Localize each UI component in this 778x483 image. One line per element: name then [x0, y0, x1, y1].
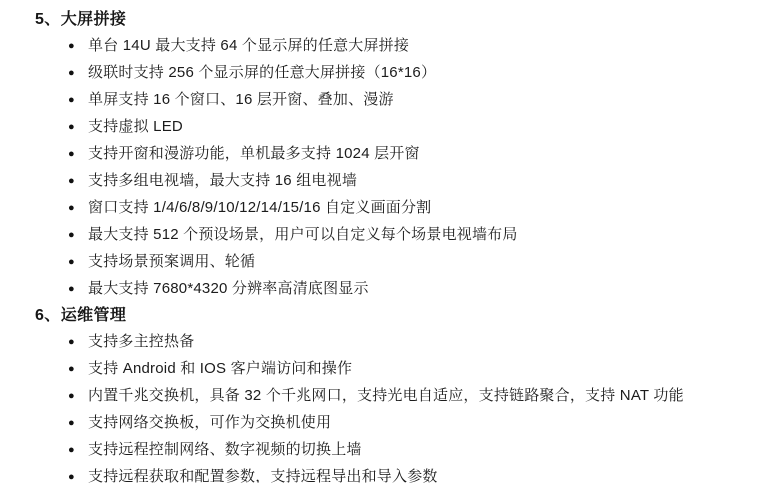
- list-item-text: 内置千兆交换机，具备 32 个千兆网口，支持光电自适应，支持链路聚合，支持 NA…: [88, 383, 684, 409]
- list-item-text: 支持多主控热备: [88, 329, 194, 355]
- section-operations-management: 6、运维管理 ●支持多主控热备 ●支持 Android 和 IOS 客户端访问和…: [0, 303, 778, 483]
- list-item-text: 最大支持 512 个预设场景，用户可以自定义每个场景电视墙布局: [88, 222, 518, 248]
- bullet-icon: ●: [68, 437, 88, 463]
- list-item: ●内置千兆交换机，具备 32 个千兆网口，支持光电自适应，支持链路聚合，支持 N…: [0, 383, 778, 410]
- list-item-text: 支持开窗和漫游功能，单机最多支持 1024 层开窗: [88, 141, 420, 167]
- section-number: 6、: [35, 307, 61, 324]
- bullet-icon: ●: [68, 464, 88, 483]
- list-item-text: 最大支持 7680*4320 分辨率高清底图显示: [88, 276, 369, 302]
- bullet-icon: ●: [68, 356, 88, 382]
- section-heading: 5、大屏拼接: [0, 7, 778, 33]
- spec-document: 5、大屏拼接 ●单台 14U 最大支持 64 个显示屏的任意大屏拼接 ●级联时支…: [0, 0, 778, 483]
- section-title: 运维管理: [61, 307, 127, 324]
- list-item-text: 支持 Android 和 IOS 客户端访问和操作: [88, 356, 352, 382]
- list-item: ●支持场景预案调用、轮循: [0, 249, 778, 276]
- list-item-text: 级联时支持 256 个显示屏的任意大屏拼接（16*16）: [88, 60, 436, 86]
- list-item: ●支持远程获取和配置参数，支持远程导出和导入参数: [0, 464, 778, 483]
- list-item: ●单台 14U 最大支持 64 个显示屏的任意大屏拼接: [0, 33, 778, 60]
- list-item-text: 单屏支持 16 个窗口、16 层开窗、叠加、漫游: [88, 87, 394, 113]
- bullet-icon: ●: [68, 114, 88, 140]
- section-number: 5、: [35, 11, 61, 28]
- list-item-text: 支持虚拟 LED: [88, 114, 183, 140]
- bullet-icon: ●: [68, 383, 88, 409]
- section-heading: 6、运维管理: [0, 303, 778, 329]
- bullet-list: ●单台 14U 最大支持 64 个显示屏的任意大屏拼接 ●级联时支持 256 个…: [0, 33, 778, 303]
- list-item-text: 支持远程获取和配置参数，支持远程导出和导入参数: [88, 464, 438, 483]
- bullet-icon: ●: [68, 141, 88, 167]
- bullet-icon: ●: [68, 329, 88, 355]
- list-item: ●支持开窗和漫游功能，单机最多支持 1024 层开窗: [0, 141, 778, 168]
- list-item: ●支持虚拟 LED: [0, 114, 778, 141]
- bullet-icon: ●: [68, 33, 88, 59]
- list-item-text: 支持场景预案调用、轮循: [88, 249, 255, 275]
- list-item-text: 支持多组电视墙，最大支持 16 组电视墙: [88, 168, 357, 194]
- list-item: ●支持 Android 和 IOS 客户端访问和操作: [0, 356, 778, 383]
- bullet-list: ●支持多主控热备 ●支持 Android 和 IOS 客户端访问和操作 ●内置千…: [0, 329, 778, 483]
- list-item-text: 单台 14U 最大支持 64 个显示屏的任意大屏拼接: [88, 33, 409, 59]
- list-item: ●窗口支持 1/4/6/8/9/10/12/14/15/16 自定义画面分割: [0, 195, 778, 222]
- section-large-screen-splicing: 5、大屏拼接 ●单台 14U 最大支持 64 个显示屏的任意大屏拼接 ●级联时支…: [0, 7, 778, 303]
- section-title: 大屏拼接: [61, 11, 127, 28]
- list-item-text: 窗口支持 1/4/6/8/9/10/12/14/15/16 自定义画面分割: [88, 195, 431, 221]
- bullet-icon: ●: [68, 168, 88, 194]
- bullet-icon: ●: [68, 249, 88, 275]
- list-item: ●单屏支持 16 个窗口、16 层开窗、叠加、漫游: [0, 87, 778, 114]
- bullet-icon: ●: [68, 410, 88, 436]
- list-item: ●支持远程控制网络、数字视频的切换上墙: [0, 437, 778, 464]
- bullet-icon: ●: [68, 222, 88, 248]
- list-item: ●支持多组电视墙，最大支持 16 组电视墙: [0, 168, 778, 195]
- list-item-text: 支持远程控制网络、数字视频的切换上墙: [88, 437, 362, 463]
- list-item: ●支持多主控热备: [0, 329, 778, 356]
- list-item: ●支持网络交换板，可作为交换机使用: [0, 410, 778, 437]
- list-item: ●最大支持 512 个预设场景，用户可以自定义每个场景电视墙布局: [0, 222, 778, 249]
- bullet-icon: ●: [68, 60, 88, 86]
- bullet-icon: ●: [68, 195, 88, 221]
- list-item-text: 支持网络交换板，可作为交换机使用: [88, 410, 331, 436]
- list-item: ●最大支持 7680*4320 分辨率高清底图显示: [0, 276, 778, 303]
- bullet-icon: ●: [68, 276, 88, 302]
- list-item: ●级联时支持 256 个显示屏的任意大屏拼接（16*16）: [0, 60, 778, 87]
- bullet-icon: ●: [68, 87, 88, 113]
